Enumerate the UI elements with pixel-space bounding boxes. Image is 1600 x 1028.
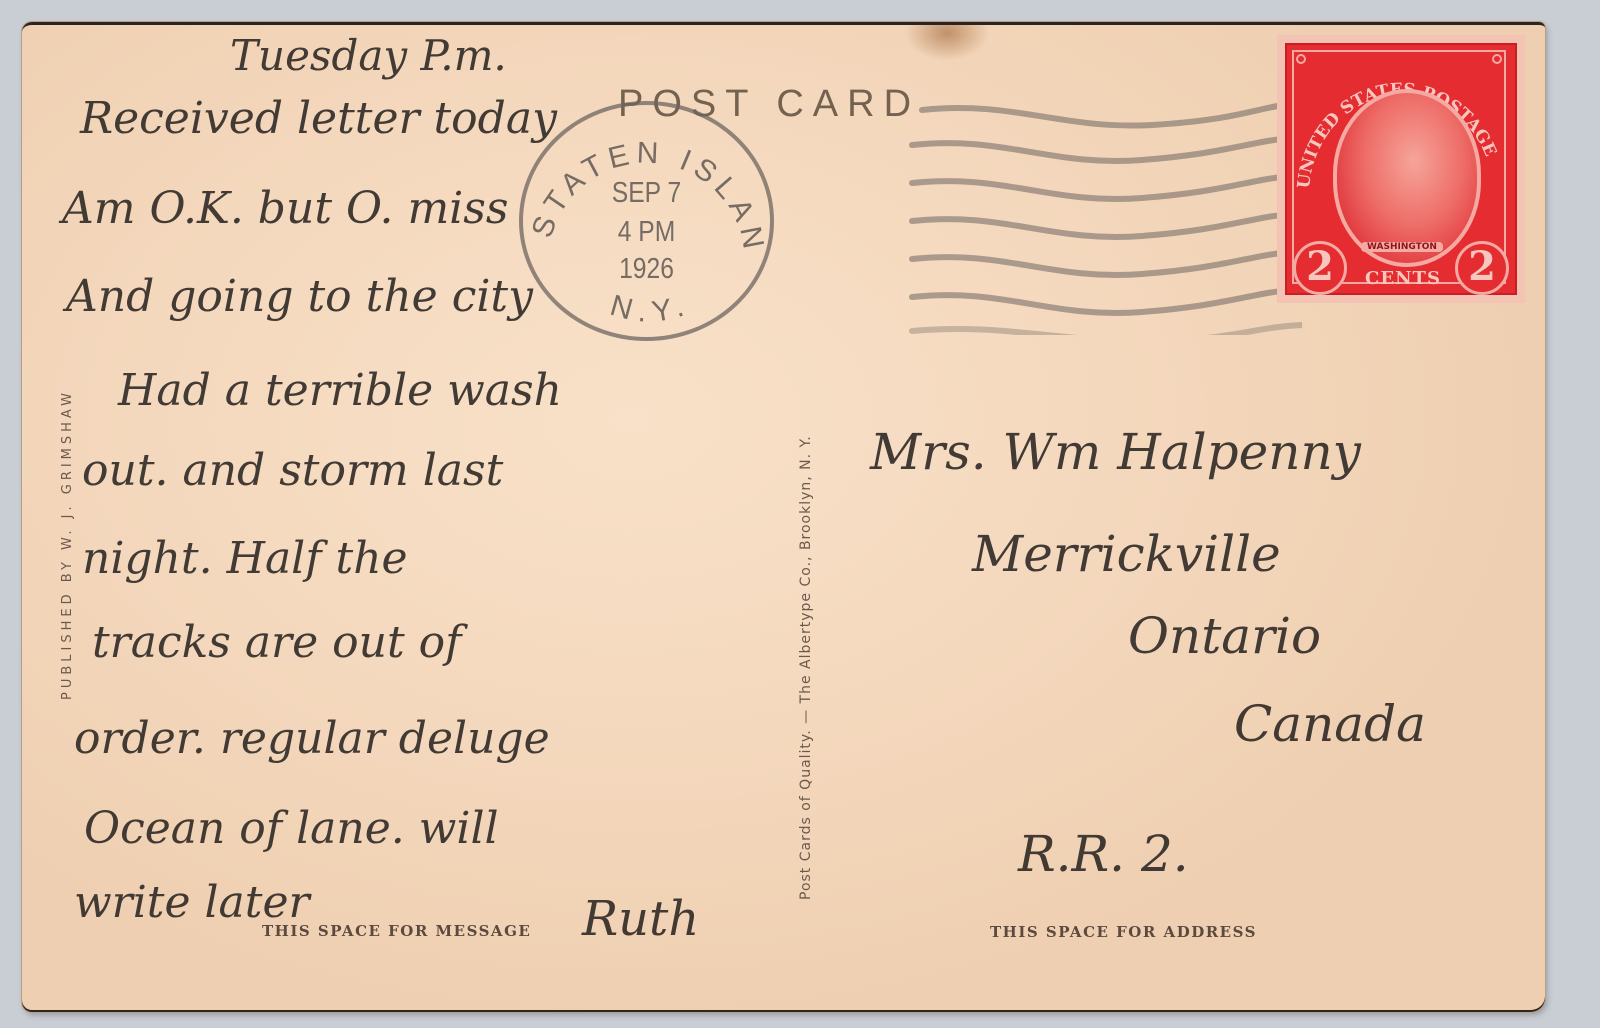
stamp-value-left: 2 <box>1293 241 1347 295</box>
address-space-label: THIS SPACE FOR ADDRESS <box>990 923 1257 941</box>
address-recipient: Mrs. Wm Halpenny <box>870 423 1361 481</box>
message-line: And going to the city <box>66 271 533 322</box>
postmark-time: 4 PM <box>542 216 752 249</box>
message-line: Ocean of lane. will <box>84 803 499 854</box>
postage-stamp: UNITED STATES POSTAGE WASHINGTON 2 2 CEN… <box>1277 35 1525 303</box>
printer-credit: Post Cards of Quality. — The Albertype C… <box>798 435 814 900</box>
message-line: Am O.K. but O. miss <box>62 183 508 234</box>
message-line: Received letter today <box>80 93 557 144</box>
address-province: Ontario <box>1128 607 1321 665</box>
message-line: night. Half the <box>82 533 408 584</box>
postcard-back: POST CARD PUBLISHED BY W. J. GRIMSHAW Po… <box>22 22 1545 1012</box>
washington-portrait-icon <box>1333 89 1481 267</box>
address-country: Canada <box>1234 695 1426 753</box>
message-signature: Ruth <box>582 891 699 947</box>
message-line: write later <box>74 877 310 928</box>
address-route: R.R. 2. <box>1018 825 1189 883</box>
postmark-state: N.Y. <box>607 287 696 329</box>
cancellation-wave-lines-icon <box>902 95 1302 335</box>
message-line: order. regular deluge <box>74 713 550 764</box>
message-line: Tuesday P.m. <box>230 31 507 80</box>
postmark-year: 1926 <box>542 253 752 286</box>
message-line: out. and storm last <box>82 445 503 496</box>
stamp-value-right: 2 <box>1455 241 1509 295</box>
postmark: STATEN ISLAND N.Y. SEP 7 4 PM 1926 <box>519 101 774 341</box>
svg-text:N.Y.: N.Y. <box>607 287 696 329</box>
stamp-portrait-name: WASHINGTON <box>1361 242 1443 252</box>
postmark-date: SEP 7 <box>542 177 752 210</box>
message-line: tracks are out of <box>92 617 461 668</box>
publisher-credit: PUBLISHED BY W. J. GRIMSHAW <box>60 389 75 700</box>
stamp-denomination: CENTS <box>1357 268 1449 289</box>
message-line: Had a terrible wash <box>118 365 562 416</box>
address-town: Merrickville <box>972 525 1281 583</box>
